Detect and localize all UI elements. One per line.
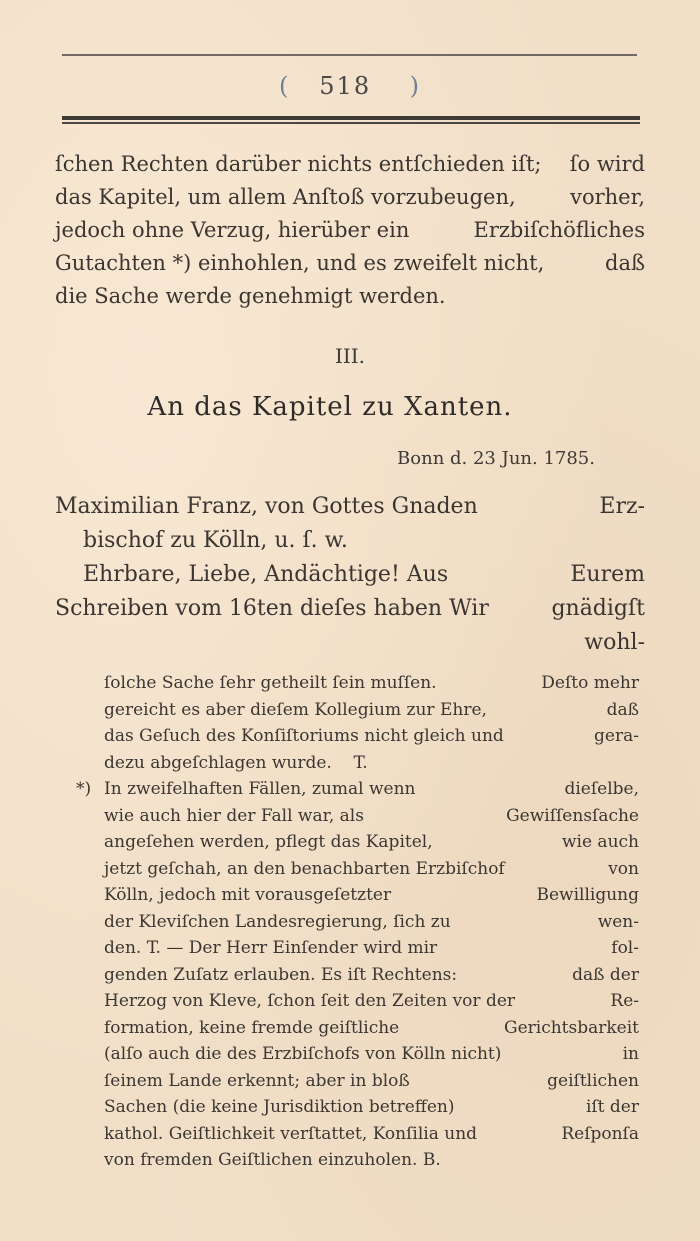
text-line: Maximilian Franz, von Gottes GnadenErz- — [55, 490, 645, 524]
footnote-line: formation, keine fremde geiſtlicheGerich… — [104, 1015, 639, 1042]
text-line: Ehrbare, Liebe, Andächtige! AusEurem — [55, 558, 645, 592]
footnote-line: dezu abgeſchlagen wurde. T. — [104, 750, 639, 777]
section-title: An das Kapitel zu Xanten. — [100, 392, 560, 422]
continuation-paragraph: ſchen Rechten darüber nichts entſchieden… — [55, 148, 645, 313]
footnote-line: Herzog von Kleve, ſchon ſeit den Zeiten … — [104, 988, 639, 1015]
text-line: das Kapitel, um allem Anſtoß vorzubeugen… — [55, 181, 645, 214]
footnote-marker: *) — [76, 776, 91, 803]
page-number-open-paren: ( — [279, 72, 290, 100]
footnote-line: ſolche Sache ſehr getheilt ſein muſſen.D… — [104, 670, 639, 697]
page-number-close-paren: ) — [410, 72, 421, 100]
footnote-line: von fremden Geiſtlichen einzuholen. B. — [104, 1147, 639, 1174]
footnote-line: Kölln, jedoch mit vorausgeſetzterBewilli… — [104, 882, 639, 909]
page-number-value: 518 — [319, 72, 371, 100]
footnote-asterisk: *) In zweifelhaften Fällen, zumal wenndi… — [104, 776, 639, 1174]
catchword: wohl- — [55, 626, 645, 660]
footnote-line: den. T. — Der Herr Einſender wird mirfol… — [104, 935, 639, 962]
footnote-line: In zweifelhaften Fällen, zumal wenndieſe… — [104, 776, 639, 803]
footnote-line: kathol. Geiſtlichkeit verſtattet, Konſil… — [104, 1121, 639, 1148]
header-thick-rule — [62, 116, 640, 120]
text-line: jedoch ohne Verzug, hierüber einErzbiſch… — [55, 214, 645, 247]
footnote-line: wie auch hier der Fall war, alsGewiſſens… — [104, 803, 639, 830]
dateline: Bonn d. 23 Jun. 1785. — [397, 448, 595, 469]
footnote-line: Sachen (die keine Jurisdiktion betreffen… — [104, 1094, 639, 1121]
footnote-line: gereicht es aber dieſem Kollegium zur Eh… — [104, 697, 639, 724]
text-line: Gutachten *) einhohlen, und es zweifelt … — [55, 247, 645, 280]
footnote-line: ſeinem Lande erkennt; aber in bloßgeiſtl… — [104, 1068, 639, 1095]
text-line: ſchen Rechten darüber nichts entſchieden… — [55, 148, 645, 181]
footnote-line: angeſehen werden, pflegt das Kapitel,wie… — [104, 829, 639, 856]
footnote-continued: ſolche Sache ſehr getheilt ſein muſſen.D… — [104, 670, 639, 776]
header-double-rule — [62, 122, 640, 124]
page-number: ( 518 ) — [0, 72, 700, 100]
footnote-line: genden Zuſatz erlauben. Es iſt Rechtens:… — [104, 962, 639, 989]
footnote-line: der Kleviſchen Landesregierung, ſich zuw… — [104, 909, 639, 936]
text-line: bischof zu Kölln, u. ſ. w. — [55, 524, 645, 558]
letter-body: Maximilian Franz, von Gottes GnadenErz- … — [55, 490, 645, 660]
footnote-line: jetzt geſchah, an den benachbarten Erzbi… — [104, 856, 639, 883]
footnote-line: (alſo auch die des Erzbiſchofs von Kölln… — [104, 1041, 639, 1068]
section-number: III. — [0, 344, 700, 368]
text-line: Schreiben vom 16ten dieſes haben Wirgnäd… — [55, 592, 645, 626]
text-line: die Sache werde genehmigt werden. — [55, 280, 645, 313]
header-thin-rule — [62, 54, 637, 56]
footnote-line: das Geſuch des Konſiſtoriums nicht gleic… — [104, 723, 639, 750]
book-page: ( 518 ) ſchen Rechten darüber nichts ent… — [0, 0, 700, 1241]
